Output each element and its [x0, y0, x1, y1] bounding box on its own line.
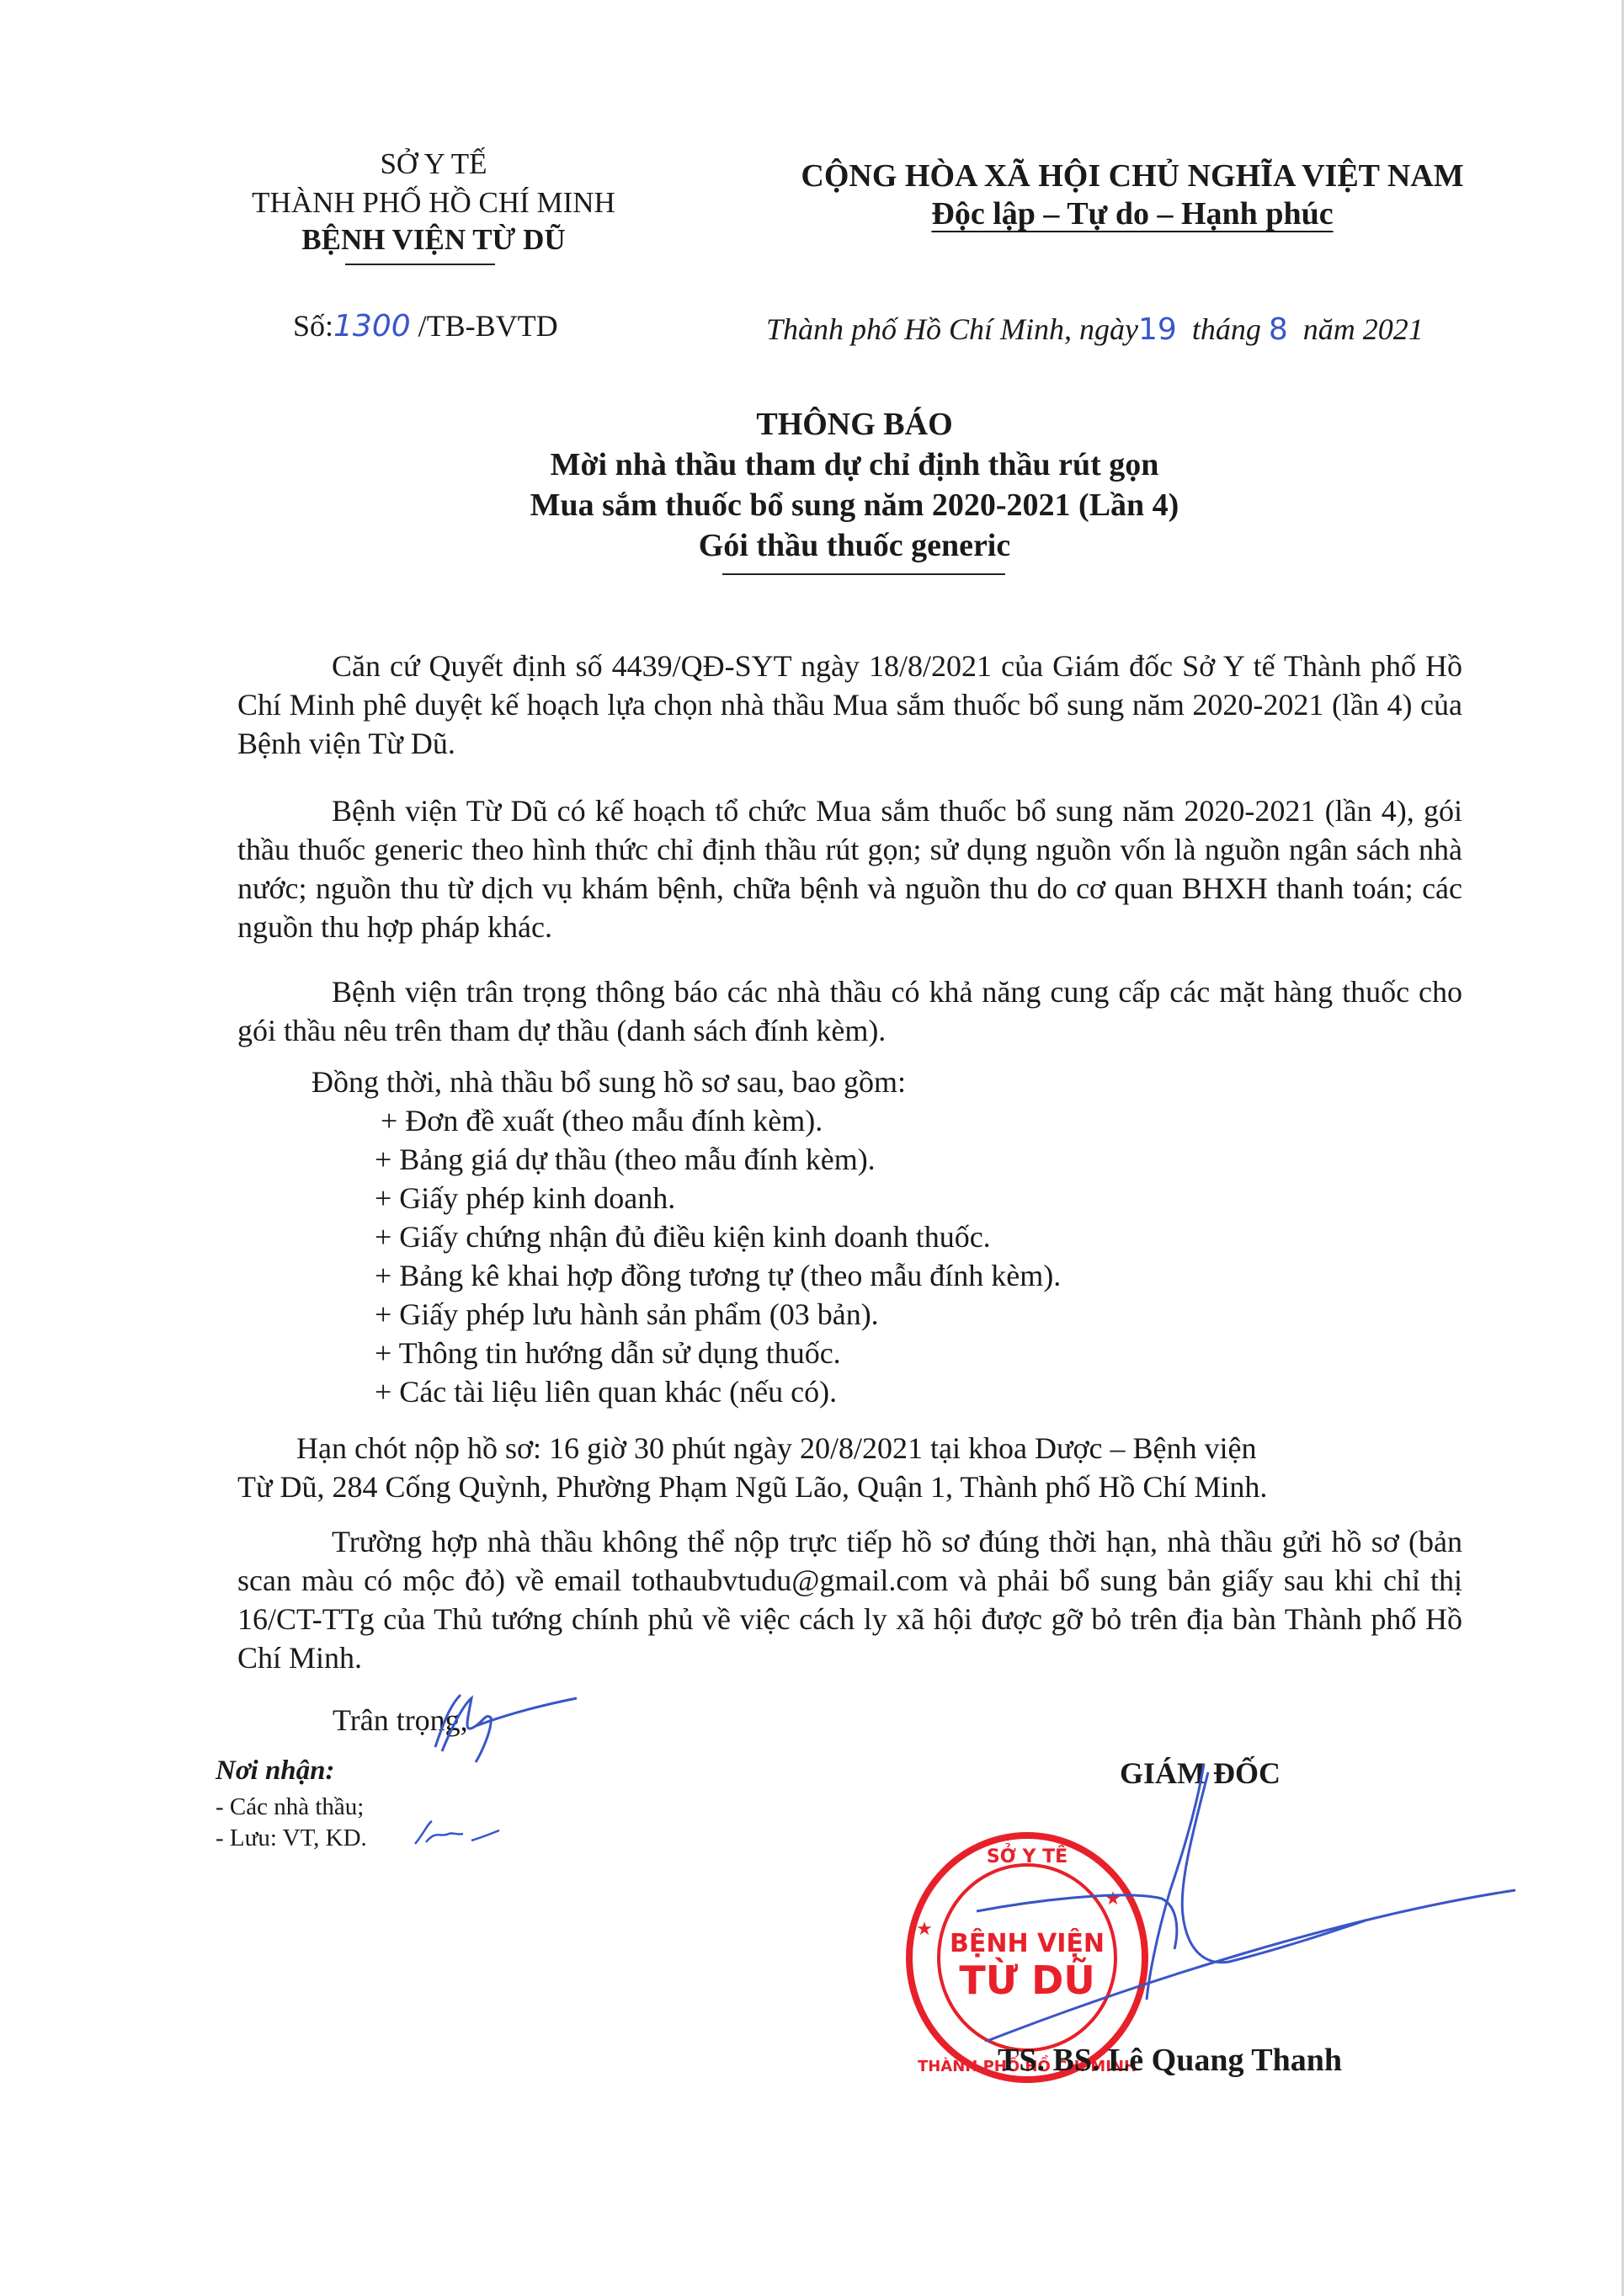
date-month-label: tháng — [1192, 312, 1261, 346]
document-page: SỞ Y TẾ THÀNH PHỐ HỒ CHÍ MINH BỆNH VIỆN … — [0, 0, 1624, 2296]
recipient-item: - Lưu: VT, KD. — [216, 1825, 367, 1852]
title-line-4: Gói thầu thuốc generic — [253, 527, 1456, 564]
deadline-line-2: Từ Dũ, 284 Cống Quỳnh, Phường Phạm Ngũ L… — [237, 1468, 1267, 1506]
agency-parent: SỞ Y TẾ — [194, 145, 674, 184]
paragraph-invitation: Bệnh viện trân trọng thông báo các nhà t… — [237, 972, 1462, 1050]
national-motto: Độc lập – Tự do – Hạnh phúc — [758, 195, 1507, 232]
list-item: + Thông tin hướng dẫn sử dụng thuốc. — [375, 1334, 841, 1372]
number-handwritten: 1300 — [333, 309, 411, 344]
paragraph-email-submission: Trường hợp nhà thầu không thể nộp trực t… — [237, 1522, 1462, 1677]
recipient-item: - Các nhà thầu; — [216, 1793, 364, 1821]
initial-signature-icon — [425, 1688, 594, 1768]
recipients-label: Nơi nhận: — [216, 1755, 335, 1787]
deadline-line-1: Hạn chót nộp hồ sơ: 16 giờ 30 phút ngày … — [296, 1429, 1257, 1468]
date-prefix: Thành phố Hồ Chí Minh, ngày — [766, 312, 1138, 346]
list-item: + Các tài liệu liên quan khác (nếu có). — [375, 1372, 837, 1411]
clerk-initial-icon — [411, 1817, 503, 1851]
list-item: + Bảng kê khai hợp đồng tương tự (theo m… — [375, 1256, 1061, 1295]
number-suffix: /TB-BVTD — [418, 309, 558, 343]
doc-type: THÔNG BÁO — [253, 406, 1456, 443]
signatory-name: TS. BS. Lê Quang Thanh — [998, 2042, 1342, 2079]
number-prefix: Số: — [293, 309, 333, 343]
list-intro: Đồng thời, nhà thầu bổ sung hồ sơ sau, b… — [311, 1063, 906, 1101]
agency-name: BỆNH VIỆN TỪ DŨ — [194, 221, 674, 259]
document-number: Số:1300 /TB-BVTD — [293, 308, 558, 344]
list-item: + Đơn đề xuất (theo mẫu đính kèm). — [381, 1101, 823, 1140]
list-item: + Giấy phép kinh doanh. — [375, 1179, 675, 1217]
list-item: + Bảng giá dự thầu (theo mẫu đính kèm). — [375, 1140, 876, 1179]
motto-text: Độc lập – Tự do – Hạnh phúc — [931, 196, 1333, 232]
header-left-rule — [345, 264, 495, 265]
date-year: năm 2021 — [1303, 312, 1424, 346]
date-day: 19 — [1138, 312, 1177, 347]
list-item: + Giấy chứng nhận đủ điều kiện kinh doan… — [375, 1217, 991, 1256]
title-rule — [722, 573, 1005, 575]
paragraph-legal-basis: Căn cứ Quyết định số 4439/QĐ-SYT ngày 18… — [237, 647, 1462, 763]
agency-city: THÀNH PHỐ HỒ CHÍ MINH — [194, 184, 674, 222]
director-signature-icon — [926, 1764, 1532, 2042]
title-line-2: Mời nhà thầu tham dự chỉ định thầu rút g… — [253, 446, 1456, 483]
national-title: CỘNG HÒA XÃ HỘI CHỦ NGHĨA VIỆT NAM — [758, 157, 1507, 194]
issue-date: Thành phố Hồ Chí Minh, ngày19 tháng 8 nă… — [766, 312, 1424, 347]
paragraph-plan: Bệnh viện Từ Dũ có kế hoạch tổ chức Mua … — [237, 791, 1462, 946]
date-month: 8 — [1269, 312, 1288, 347]
list-item: + Giấy phép lưu hành sản phẩm (03 bản). — [375, 1295, 879, 1334]
title-line-3: Mua sắm thuốc bổ sung năm 2020-2021 (Lần… — [253, 487, 1456, 524]
